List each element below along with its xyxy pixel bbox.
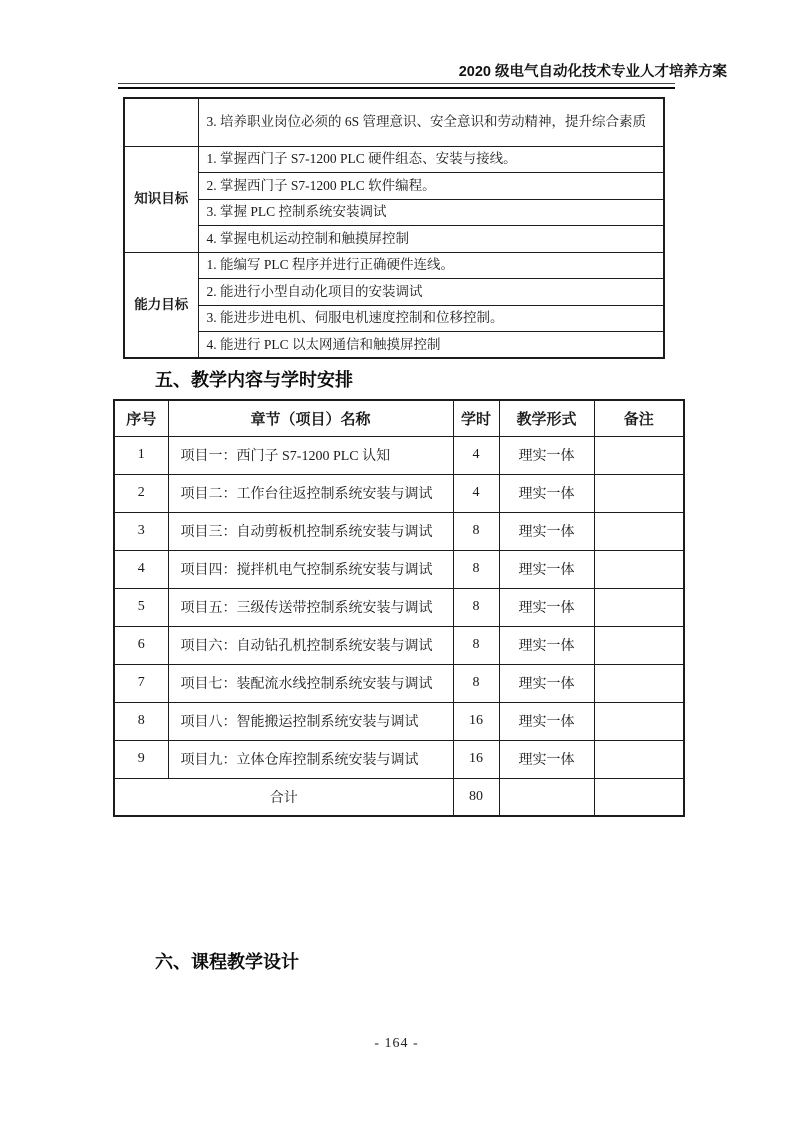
ability-label-cell: 能力目标 — [124, 252, 198, 358]
schedule-row: 6 项目六：自动钻孔机控制系统安装与调试 8 理实一体 — [114, 626, 684, 664]
row-number-cell: 5 — [114, 588, 168, 626]
total-form-cell-empty — [499, 778, 594, 816]
note-cell — [594, 740, 684, 778]
ability-item-cell: 3. 能进步进电机、伺服电机速度控制和位移控制。 — [198, 305, 664, 332]
schedule-table: 序号 章节（项目）名称 学时 教学形式 备注 1 项目一：西门子 S7-1200… — [113, 399, 685, 817]
teaching-form-cell: 理实一体 — [499, 588, 594, 626]
row-number-cell: 9 — [114, 740, 168, 778]
teaching-form-cell: 理实一体 — [499, 512, 594, 550]
project-name-cell: 项目七：装配流水线控制系统安装与调试 — [168, 664, 453, 702]
note-cell — [594, 626, 684, 664]
document-page: 2020 级电气自动化技术专业人才培养方案 3. 培养职业岗位必须的 6S 管理… — [0, 0, 793, 1122]
note-cell — [594, 664, 684, 702]
project-name-cell: 项目五：三级传送带控制系统安装与调试 — [168, 588, 453, 626]
hours-cell: 16 — [453, 702, 499, 740]
row-number-cell: 6 — [114, 626, 168, 664]
header-note: 备注 — [594, 400, 684, 436]
schedule-row: 8 项目八：智能搬运控制系统安装与调试 16 理实一体 — [114, 702, 684, 740]
hours-cell: 8 — [453, 664, 499, 702]
schedule-row: 2 项目二：工作台往返控制系统安装与调试 4 理实一体 — [114, 474, 684, 512]
project-name-cell: 项目八：智能搬运控制系统安装与调试 — [168, 702, 453, 740]
ability-item-cell: 4. 能进行 PLC 以太网通信和触摸屏控制 — [198, 332, 664, 359]
knowledge-row: 3. 掌握 PLC 控制系统安装调试 — [124, 199, 664, 226]
objectives-table: 3. 培养职业岗位必须的 6S 管理意识、安全意识和劳动精神，提升综合素质 知识… — [123, 97, 665, 359]
schedule-row: 5 项目五：三级传送带控制系统安装与调试 8 理实一体 — [114, 588, 684, 626]
teaching-form-cell: 理实一体 — [499, 626, 594, 664]
knowledge-item-cell: 1. 掌握西门子 S7-1200 PLC 硬件组态、安装与接线。 — [198, 146, 664, 173]
knowledge-item-cell: 3. 掌握 PLC 控制系统安装调试 — [198, 199, 664, 226]
hours-cell: 8 — [453, 512, 499, 550]
note-cell — [594, 702, 684, 740]
note-cell — [594, 474, 684, 512]
project-name-cell: 项目二：工作台往返控制系统安装与调试 — [168, 474, 453, 512]
teaching-form-cell: 理实一体 — [499, 474, 594, 512]
schedule-row: 3 项目三：自动剪板机控制系统安装与调试 8 理实一体 — [114, 512, 684, 550]
header-hours: 学时 — [453, 400, 499, 436]
ability-row: 3. 能进步进电机、伺服电机速度控制和位移控制。 — [124, 305, 664, 332]
project-name-cell: 项目九：立体仓库控制系统安装与调试 — [168, 740, 453, 778]
hours-cell: 4 — [453, 474, 499, 512]
hours-cell: 8 — [453, 550, 499, 588]
note-cell — [594, 512, 684, 550]
teaching-form-cell: 理实一体 — [499, 702, 594, 740]
quality-continuation-row: 3. 培养职业岗位必须的 6S 管理意识、安全意识和劳动精神，提升综合素质 — [124, 98, 664, 146]
ability-item-cell: 1. 能编写 PLC 程序并进行正确硬件连线。 — [198, 252, 664, 279]
note-cell — [594, 436, 684, 474]
teaching-form-cell: 理实一体 — [499, 550, 594, 588]
project-name-cell: 项目六：自动钻孔机控制系统安装与调试 — [168, 626, 453, 664]
knowledge-item-cell: 2. 掌握西门子 S7-1200 PLC 软件编程。 — [198, 173, 664, 200]
ability-item-cell: 2. 能进行小型自动化项目的安装调试 — [198, 279, 664, 306]
schedule-row: 4 项目四：搅拌机电气控制系统安装与调试 8 理实一体 — [114, 550, 684, 588]
teaching-form-cell: 理实一体 — [499, 664, 594, 702]
row-number-cell: 1 — [114, 436, 168, 474]
hours-cell: 16 — [453, 740, 499, 778]
knowledge-item-cell: 4. 掌握电机运动控制和触摸屏控制 — [198, 226, 664, 253]
row-number-cell: 4 — [114, 550, 168, 588]
page-number: - 164 - — [0, 1036, 793, 1052]
header-double-rule — [118, 83, 675, 89]
schedule-header-row: 序号 章节（项目）名称 学时 教学形式 备注 — [114, 400, 684, 436]
knowledge-row: 2. 掌握西门子 S7-1200 PLC 软件编程。 — [124, 173, 664, 200]
project-name-cell: 项目三：自动剪板机控制系统安装与调试 — [168, 512, 453, 550]
schedule-total-row: 合计 80 — [114, 778, 684, 816]
project-name-cell: 项目四：搅拌机电气控制系统安装与调试 — [168, 550, 453, 588]
section-6-title: 六、课程教学设计 — [155, 948, 299, 974]
project-name-cell: 项目一：西门子 S7-1200 PLC 认知 — [168, 436, 453, 474]
header-chapter-name: 章节（项目）名称 — [168, 400, 453, 436]
hours-cell: 8 — [453, 626, 499, 664]
knowledge-row: 知识目标 1. 掌握西门子 S7-1200 PLC 硬件组态、安装与接线。 — [124, 146, 664, 173]
quality-item-cell: 3. 培养职业岗位必须的 6S 管理意识、安全意识和劳动精神，提升综合素质 — [198, 98, 664, 146]
section-5-title: 五、教学内容与学时安排 — [155, 366, 353, 392]
note-cell — [594, 550, 684, 588]
knowledge-row: 4. 掌握电机运动控制和触摸屏控制 — [124, 226, 664, 253]
row-number-cell: 3 — [114, 512, 168, 550]
hours-cell: 4 — [453, 436, 499, 474]
ability-row: 2. 能进行小型自动化项目的安装调试 — [124, 279, 664, 306]
ability-row: 4. 能进行 PLC 以太网通信和触摸屏控制 — [124, 332, 664, 359]
total-hours-cell: 80 — [453, 778, 499, 816]
ability-row: 能力目标 1. 能编写 PLC 程序并进行正确硬件连线。 — [124, 252, 664, 279]
objective-label-cell-empty — [124, 98, 198, 146]
schedule-row: 9 项目九：立体仓库控制系统安装与调试 16 理实一体 — [114, 740, 684, 778]
total-label-cell: 合计 — [114, 778, 453, 816]
note-cell — [594, 588, 684, 626]
teaching-form-cell: 理实一体 — [499, 436, 594, 474]
header-no: 序号 — [114, 400, 168, 436]
row-number-cell: 2 — [114, 474, 168, 512]
row-number-cell: 7 — [114, 664, 168, 702]
teaching-form-cell: 理实一体 — [499, 740, 594, 778]
schedule-row: 1 项目一：西门子 S7-1200 PLC 认知 4 理实一体 — [114, 436, 684, 474]
row-number-cell: 8 — [114, 702, 168, 740]
page-header-title: 2020 级电气自动化技术专业人才培养方案 — [459, 60, 727, 81]
header-teaching-form: 教学形式 — [499, 400, 594, 436]
hours-cell: 8 — [453, 588, 499, 626]
knowledge-label-cell: 知识目标 — [124, 146, 198, 252]
total-note-cell-empty — [594, 778, 684, 816]
schedule-row: 7 项目七：装配流水线控制系统安装与调试 8 理实一体 — [114, 664, 684, 702]
